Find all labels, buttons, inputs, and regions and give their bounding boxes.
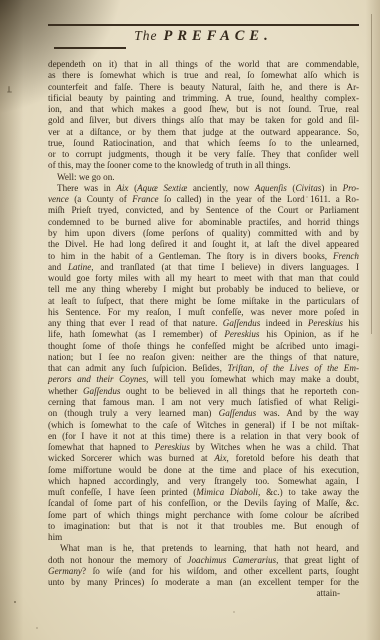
ink-speck	[233, 611, 235, 613]
roman-text: counterfeit and falſe. There is beauty N…	[48, 82, 359, 92]
text-line: There was in Aix (Aquæ Sextiæ anciently,…	[48, 183, 359, 194]
text-line: by him upon divers (ſome perſons of qual…	[48, 228, 359, 239]
italic-text: Gaſſendus	[219, 408, 257, 418]
text-line: ion, and that which makes a good ſhew, b…	[48, 104, 359, 115]
catchword: attain-	[317, 588, 340, 598]
roman-text: ? ſo wiſe (and for his wiſdom, and other…	[82, 566, 359, 576]
text-line: ſome part of which things might perchanc…	[48, 510, 359, 521]
roman-text: tell me any thing whereby I might but pr…	[48, 284, 359, 294]
roman-text: to imagination: but that is not it that …	[48, 521, 359, 531]
roman-text: , foretold before his death that	[227, 453, 359, 463]
roman-text: the Divel. He had long deſired it and ſo…	[48, 239, 359, 249]
roman-text: (	[128, 183, 137, 193]
text-line: tell me any thing whereby I might but pr…	[48, 284, 359, 295]
roman-text: &c.) to take away the	[260, 487, 359, 497]
text-line: nation; but I ſee no reaſon given: neith…	[48, 352, 359, 363]
text-line: any thing that ever I read of that natur…	[48, 318, 359, 329]
italic-text: Aquenſis	[255, 183, 287, 193]
roman-text: ) in	[321, 183, 342, 193]
roman-text: true, ſound Ratiocination, and that whic…	[48, 138, 359, 148]
italic-text: Pereskius	[308, 318, 343, 328]
text-line: en (for I have it not at this time) ther…	[48, 431, 359, 442]
text-line: or to corrupt judgments, though it be ve…	[48, 149, 359, 160]
italic-text: Triſtan, of the Lives of the Em-	[227, 363, 359, 373]
italic-text: vence	[48, 194, 69, 204]
roman-text: that can admit any ſuch ſuſpicion. Beſid…	[48, 363, 227, 373]
italic-text: perors and their Coynes,	[48, 374, 148, 384]
roman-text: life, hath ſomewhat (as I remember) of	[48, 329, 224, 339]
ink-speck	[306, 196, 308, 198]
text-line: would goe forty miles with all my heart …	[48, 273, 359, 284]
roman-text: by Witches when he was a child. That	[190, 442, 359, 452]
text-line: gold and ſilver, but divers things alſo …	[48, 115, 359, 126]
text-line: true, ſound Ratiocination, and that whic…	[48, 138, 359, 149]
italic-text: France	[132, 194, 158, 204]
roman-text: en (for I have it not at this time) ther…	[48, 431, 359, 441]
roman-text: What man is he, that pretends to learnin…	[60, 543, 359, 553]
roman-text: indeed in	[260, 318, 308, 328]
roman-text: gold and ſilver, but divers things alſo …	[48, 115, 359, 125]
text-line: whether Gaſſendus ought to be believed i…	[48, 386, 359, 397]
text-line: unto by many Princes) ſo moderate a man …	[48, 577, 359, 588]
text-line: the Divel. He had long deſired it and ſo…	[48, 239, 359, 250]
roman-text: unto by many Princes) ſo moderate a man …	[48, 577, 359, 587]
italic-text: Civitas	[295, 183, 321, 193]
header-rule-top	[48, 24, 359, 26]
roman-text: ſome part of which things might perchanc…	[48, 510, 359, 520]
roman-text: was. And by the way	[256, 408, 359, 418]
italic-text: French	[333, 251, 359, 261]
roman-text: condemned to be burned alive for abomina…	[48, 217, 359, 227]
text-line: muſt confeſſe, I have ſeen printed (Mimi…	[48, 487, 359, 498]
text-line: What man is he, that pretends to learnin…	[48, 543, 359, 554]
roman-text: and	[48, 262, 68, 272]
roman-text: ought to be believed in all things that …	[120, 386, 359, 396]
text-line: miſh Prieſt tryed, convicted, and by Sen…	[48, 205, 359, 216]
text-line: and Latine, and tranſlated (at that time…	[48, 262, 359, 273]
roman-text: would goe forty miles with all my heart …	[48, 273, 359, 283]
italic-text: Aix	[214, 453, 226, 463]
text-line: ver at a diſtance, or by them that judge…	[48, 127, 359, 138]
italic-text: Germany	[48, 566, 82, 576]
italic-text: Mimica Diaboli,	[196, 487, 260, 497]
roman-text: by him upon divers (ſome perſons of qual…	[48, 228, 359, 238]
text-line: Well: we go on.	[48, 172, 359, 183]
roman-text: ion, and that which makes a good ſhew, b…	[48, 104, 359, 114]
text-line: ſcandal of ſome part of his confeſſion, …	[48, 498, 359, 509]
header-rule-sub	[54, 47, 126, 49]
roman-text: which hapned accordingly, and very ſtran…	[48, 476, 359, 486]
roman-text: to him in the habit of a Gentleman. The …	[48, 251, 333, 261]
text-line: ſome miſfortune would be done at the tim…	[48, 465, 359, 476]
roman-text: (which is ſomewhat to the caſe of Witche…	[48, 420, 359, 430]
page-edge-line	[371, 14, 372, 334]
text-line: that can admit any ſuch ſuſpicion. Beſid…	[48, 363, 359, 374]
roman-text: ſcandal of ſome part of his confeſſion, …	[48, 498, 359, 508]
italic-text: Pro-	[343, 183, 359, 193]
text-line: at leaſt to ſuſpect, that there might be…	[48, 296, 359, 307]
right-edge-shadow	[364, 0, 380, 640]
ink-speck	[14, 601, 16, 603]
text-line: thought ſome of thoſe things he confeſſe…	[48, 341, 359, 352]
roman-text: of this, may the ſooner come to the know…	[48, 160, 291, 170]
ink-speck	[7, 91, 12, 93]
italic-text: Gaſſendus	[83, 386, 121, 396]
roman-text: will tell you ſomewhat which may make a …	[148, 374, 359, 384]
text-line: Germany? ſo wiſe (and for his wiſdom, an…	[48, 566, 359, 577]
roman-text: tificial beauty by painting and trimming…	[48, 93, 359, 103]
roman-text: ſomewhat that hapned to	[48, 442, 155, 452]
text-block: dependeth on it) that in all things of t…	[48, 59, 359, 588]
italic-text: Pereskius	[155, 442, 190, 452]
roman-text: as there is ſomewhat which is true and r…	[48, 70, 359, 80]
roman-text: muſt confeſſe, I have ſeen printed (	[48, 487, 196, 497]
text-line: (which is ſomewhat to the caſe of Witche…	[48, 420, 359, 431]
italic-text: Pereskius	[224, 329, 259, 339]
roman-text: doth not honour the memory of	[48, 555, 187, 565]
page-title-caps: PREFACE.	[164, 28, 273, 44]
text-line: wicked Sorcerer which was burned at Aix,…	[48, 453, 359, 464]
text-line: as there is ſomewhat which is true and r…	[48, 70, 359, 81]
roman-text: dependeth on it) that in all things of t…	[48, 59, 359, 69]
roman-text: whether	[48, 386, 83, 396]
italic-text: Joachimus Camerarius	[187, 555, 276, 565]
roman-text: any thing that ever I read of that natur…	[48, 318, 223, 328]
text-line: condemned to be burned alive for abomina…	[48, 217, 359, 228]
text-line: dependeth on it) that in all things of t…	[48, 59, 359, 70]
text-line: his Sentence. For my reaſon, I muſt conf…	[48, 307, 359, 318]
text-line: doth not honour the memory of Joachimus …	[48, 555, 359, 566]
page-title-the: The	[134, 28, 157, 43]
roman-text: his	[343, 318, 359, 328]
text-line: counterfeit and falſe. There is beauty N…	[48, 82, 359, 93]
roman-text: miſh Prieſt tryed, convicted, and by Sen…	[48, 205, 359, 215]
roman-text: cerning that famous man. I am not very m…	[48, 397, 359, 407]
roman-text: There was in	[57, 183, 116, 193]
text-line: cerning that famous man. I am not very m…	[48, 397, 359, 408]
italic-text: Aix	[116, 183, 128, 193]
ink-speck	[36, 627, 38, 629]
roman-text: wicked Sorcerer which was burned at	[48, 453, 214, 463]
italic-text: Latine	[68, 262, 91, 272]
roman-text: nation; but I ſee no reaſon given: neith…	[48, 352, 359, 362]
left-edge-shadow	[0, 0, 26, 640]
text-line: on (though truly a very learned man) Gaſ…	[48, 408, 359, 419]
roman-text: anciently, now	[187, 183, 255, 193]
text-line: of this, may the ſooner come to the know…	[48, 160, 359, 171]
roman-text: ſome miſfortune would be done at the tim…	[48, 465, 359, 475]
roman-text: thought ſome of thoſe things he confeſſe…	[48, 341, 359, 351]
text-line: life, hath ſomewhat (as I remember) of P…	[48, 329, 359, 340]
text-line: to him in the habit of a Gentleman. The …	[48, 251, 359, 262]
page-title: ThePREFACE.	[48, 27, 359, 45]
italic-text: Gaſſendus	[223, 318, 261, 328]
text-line: him	[48, 532, 359, 543]
roman-text: , and tranſlated (at that time I believe…	[91, 262, 359, 272]
roman-text: his Opinion, as if he	[259, 329, 359, 339]
roman-text: ſo called) in the year of the Lord 1611.…	[159, 194, 359, 204]
roman-text: Well: we go on.	[57, 172, 115, 182]
text-line: ſomewhat that hapned to Pereskius by Wit…	[48, 442, 359, 453]
text-line: vence (a County of France ſo called) in …	[48, 194, 359, 205]
text-line: perors and their Coynes, will tell you ſ…	[48, 374, 359, 385]
roman-text: on (though truly a very learned man)	[48, 408, 219, 418]
roman-text: , that great light of	[276, 555, 359, 565]
book-page-scan: ThePREFACE. dependeth on it) that in all…	[0, 0, 380, 640]
roman-text: ver at a diſtance, or by them that judge…	[48, 127, 359, 137]
roman-text: (a County of	[69, 194, 132, 204]
text-line: which hapned accordingly, and very ſtran…	[48, 476, 359, 487]
roman-text: his Sentence. For my reaſon, I muſt conf…	[48, 307, 359, 317]
text-line: tificial beauty by painting and trimming…	[48, 93, 359, 104]
roman-text: at leaſt to ſuſpect, that there might be…	[48, 296, 359, 306]
text-line: to imagination: but that is not it that …	[48, 521, 359, 532]
roman-text: him	[48, 532, 62, 542]
italic-text: Aquæ Sextiæ	[137, 183, 187, 193]
roman-text: or to corrupt judgments, though it be ve…	[48, 149, 359, 159]
